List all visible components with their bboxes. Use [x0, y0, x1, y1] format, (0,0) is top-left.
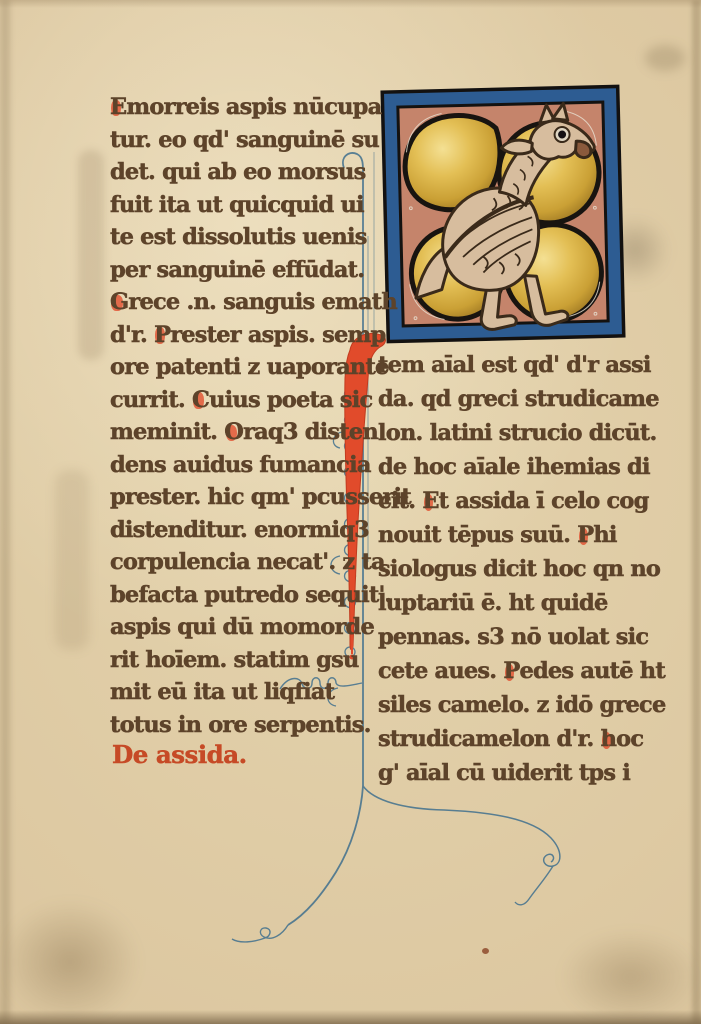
text-line: distenditur. enormiq3 [110, 515, 372, 548]
text-line: prester. hic qm' pcusserit [110, 482, 372, 515]
text-line: lon. latini strucio dicūt. [378, 418, 646, 452]
red-touched-capital: C [192, 385, 209, 415]
text-segment: siles camelo. z idō grece [378, 690, 665, 721]
text-line: da. qd greci strudicame [378, 384, 646, 418]
text-line: strudicamelon d'r. hoc [378, 724, 646, 758]
text-line: Grece .n. sanguis emath [110, 287, 372, 320]
text-segment: distenditur. enormiq3 [110, 515, 369, 545]
text-line: te est dissolutis uenis [110, 222, 372, 255]
stain-top-right-smudge [645, 45, 685, 71]
text-segment: uius poeta sic [209, 385, 372, 415]
text-segment: nouit tēpus suū. [378, 520, 577, 551]
text-line: pennas. s3 nō uolat sic [378, 622, 646, 656]
text-line: de hoc aīale ihemias di [378, 452, 646, 486]
text-segment: per sanguinē effūdat. [110, 255, 364, 285]
text-line: per sanguinē effūdat. [110, 255, 372, 288]
beak [575, 141, 591, 158]
text-segment: rester aspis. semp [170, 320, 385, 350]
text-segment: oc [616, 724, 643, 755]
ostrich-illustration [379, 83, 627, 345]
text-segment: t assida ī celo cog [439, 486, 649, 517]
stain-rust-dot [482, 948, 489, 954]
text-segment: rit hoīem. statim gsu [110, 645, 359, 675]
text-line: Emorreis aspis nūcupa [110, 92, 372, 125]
text-line: cit. Et assida ī celo cog [378, 486, 646, 520]
stain-left-edge [0, 0, 10, 1024]
text-line: nouit tēpus suū. Phi [378, 520, 646, 554]
stain-right-edge [692, 0, 701, 1024]
text-segment: aspis qui dū momorde [110, 612, 374, 642]
text-segment: tem aīal est qd' d'r assi [378, 350, 651, 381]
red-touched-capital: h [601, 724, 617, 755]
text-line: fuit ita ut quicquid ui [110, 190, 372, 223]
text-segment: da. qd greci strudicame [378, 384, 659, 415]
text-line: currit. Cuius poeta sic [110, 385, 372, 418]
text-segment: det. qui ab eo morsus [110, 157, 365, 187]
text-line: det. qui ab eo morsus [110, 157, 372, 190]
text-line: rit hoīem. statim gsu [110, 645, 372, 678]
text-segment: befacta putredo sequit'. [110, 580, 392, 610]
text-segment: pennas. s3 nō uolat sic [378, 622, 648, 653]
text-line: befacta putredo sequit'. [110, 580, 372, 613]
text-line: tem aīal est qd' d'r assi [378, 350, 646, 384]
text-segment: dens auidus fumancia [110, 450, 371, 480]
text-segment: luptariū ē. ht quidē [378, 588, 607, 619]
text-line: totus in ore serpentis. [110, 710, 372, 743]
text-line: dens auidus fumancia [110, 450, 372, 483]
stain-corner-bottom-left [0, 900, 140, 1024]
text-line: tur. eo qd' sanguinē su [110, 125, 372, 158]
text-line: siles camelo. z idō grece [378, 690, 646, 724]
text-segment: mit eū ita ut liqfiat [110, 677, 334, 707]
text-segment: corpulencia necat'. z ta [110, 547, 385, 577]
text-line: d'r. Prester aspis. semp [110, 320, 372, 353]
text-segment: g' aīal cū uiderit tps i [378, 758, 630, 789]
text-segment: currit. [110, 385, 192, 415]
text-segment: morreis aspis nūcupa [126, 92, 381, 122]
text-line: aspis qui dū momorde [110, 612, 372, 645]
text-segment: siologus dicit hoc qn no [378, 554, 660, 585]
red-touched-capital: P [154, 320, 170, 350]
text-segment: edes autē ht [519, 656, 665, 687]
text-segment: lon. latini strucio dicūt. [378, 418, 657, 449]
red-touched-capital: P [503, 656, 519, 687]
manuscript-page: Emorreis aspis nūcupatur. eo qd' sanguin… [0, 0, 701, 1024]
text-segment: ore patenti z uaporante [110, 352, 389, 382]
red-touched-capital: G [110, 287, 128, 317]
text-segment: cit. [378, 486, 422, 517]
text-line: mit eū ita ut liqfiat [110, 677, 372, 710]
text-column-right: tem aīal est qd' d'r assida. qd greci st… [378, 350, 646, 792]
text-column-left: Emorreis aspis nūcupatur. eo qd' sanguin… [110, 92, 372, 742]
text-line: cete aues. Pedes autē ht [378, 656, 646, 690]
text-segment: te est dissolutis uenis [110, 222, 367, 252]
text-segment: strudicamelon d'r. [378, 724, 601, 755]
red-touched-capital: E [110, 92, 126, 122]
rubric: De assida. [112, 740, 247, 769]
text-segment: hi [593, 520, 616, 551]
miniature-frame [379, 83, 627, 345]
text-segment: de hoc aīale ihemias di [378, 452, 650, 483]
red-touched-capital: E [422, 486, 438, 517]
text-line: siologus dicit hoc qn no [378, 554, 646, 588]
text-line: luptariū ē. ht quidē [378, 588, 646, 622]
text-segment: rece .n. sanguis emath [128, 287, 396, 317]
stain-bottom-edge [0, 1010, 701, 1024]
stain-showthrough-lower [55, 470, 89, 650]
text-segment: raq3 disten [243, 417, 378, 447]
text-line: g' aīal cū uiderit tps i [378, 758, 646, 792]
stain-top-edge [0, 0, 701, 8]
text-segment: fuit ita ut quicquid ui [110, 190, 364, 220]
text-segment: totus in ore serpentis. [110, 710, 371, 740]
stain-showthrough-upper [78, 150, 104, 360]
text-line: ore patenti z uaporante [110, 352, 372, 385]
red-touched-capital: P [577, 520, 593, 551]
text-segment: tur. eo qd' sanguinē su [110, 125, 379, 155]
text-segment: d'r. [110, 320, 154, 350]
text-segment: cete aues. [378, 656, 503, 687]
stain-corner-bottom-right [560, 930, 701, 1024]
text-segment: prester. hic qm' pcusserit [110, 482, 411, 512]
text-line: corpulencia necat'. z ta [110, 547, 372, 580]
red-touched-capital: O [224, 417, 243, 447]
text-segment: meminit. [110, 417, 224, 447]
text-line: meminit. Oraq3 disten [110, 417, 372, 450]
